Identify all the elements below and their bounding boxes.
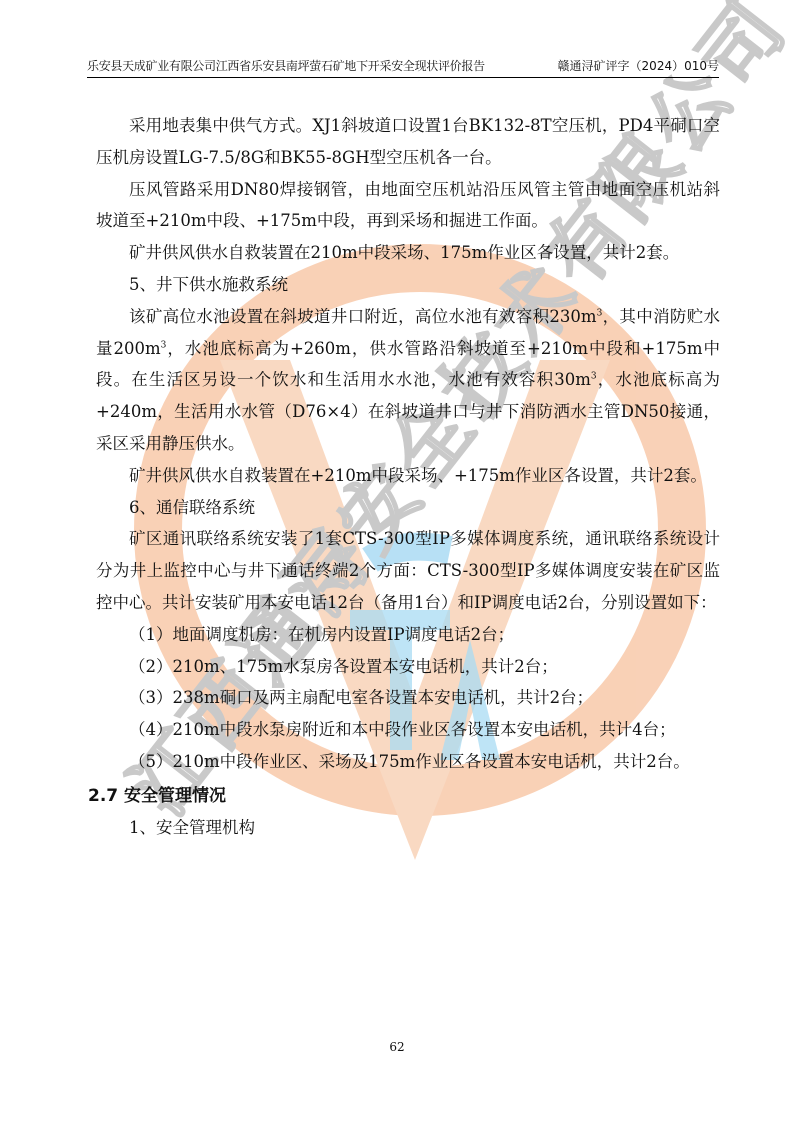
heading-communication-system: 6、通信联络系统	[96, 492, 720, 524]
section-heading: 2.7 安全管理情况	[88, 780, 720, 812]
list-item: （2）210m、175m水泵房各设置本安电话机，共计2台；	[96, 651, 720, 683]
paragraph-rescue-devices-2: 矿井供风供水自救装置在+210m中段采场、+175m作业区各设置，共计2套。	[96, 460, 720, 492]
paragraph-communication: 矿区通讯联络系统安装了1套CTS-300型IP多媒体调度系统，通讯联络系统设计分…	[96, 523, 720, 618]
page-number: 62	[0, 1040, 794, 1054]
list-item: （4）210m中段水泵房附近和本中段作业区各设置本安电话机，共计4台；	[96, 714, 720, 746]
text-segment: 该矿高位水池设置在斜坡道井口附近，高位水池有效容积230m	[129, 307, 597, 326]
heading-water-rescue-system: 5、井下供水施救系统	[96, 269, 720, 301]
list-item: （3）238m硐口及两主扇配电室各设置本安电话机，共计2台；	[96, 682, 720, 714]
document-page: 江西通浔安全技术有限公司 乐安县天成矿业有限公司江西省乐安县南坪萤石矿地下开采安…	[0, 0, 794, 1122]
header-report-title: 乐安县天成矿业有限公司江西省乐安县南坪萤石矿地下开采安全现状评价报告	[87, 57, 485, 74]
paragraph-air-supply: 采用地表集中供气方式。XJ1斜坡道口设置1台BK132-8T空压机，PD4平硐口…	[96, 110, 720, 174]
document-body: 采用地表集中供气方式。XJ1斜坡道口设置1台BK132-8T空压机，PD4平硐口…	[96, 110, 720, 844]
paragraph-air-pipeline: 压风管路采用DN80焊接钢管，由地面空压机站沿压风管主管由地面空压机站斜坡道至+…	[96, 174, 720, 238]
heading-safety-organization: 1、安全管理机构	[96, 812, 720, 844]
header-report-number: 赣通浔矿评字（2024）010号	[558, 57, 719, 74]
list-item: （5）210m中段作业区、采场及175m作业区各设置本安电话机，共计2台。	[96, 746, 720, 778]
list-item: （1）地面调度机房：在机房内设置IP调度电话2台；	[96, 619, 720, 651]
paragraph-rescue-devices: 矿井供风供水自救装置在210m中段采场、175m作业区各设置，共计2套。	[96, 237, 720, 269]
paragraph-water-tank: 该矿高位水池设置在斜坡道井口附近，高位水池有效容积230m3，其中消防贮水量20…	[96, 301, 720, 460]
page-header: 乐安县天成矿业有限公司江西省乐安县南坪萤石矿地下开采安全现状评价报告 赣通浔矿评…	[87, 55, 719, 78]
